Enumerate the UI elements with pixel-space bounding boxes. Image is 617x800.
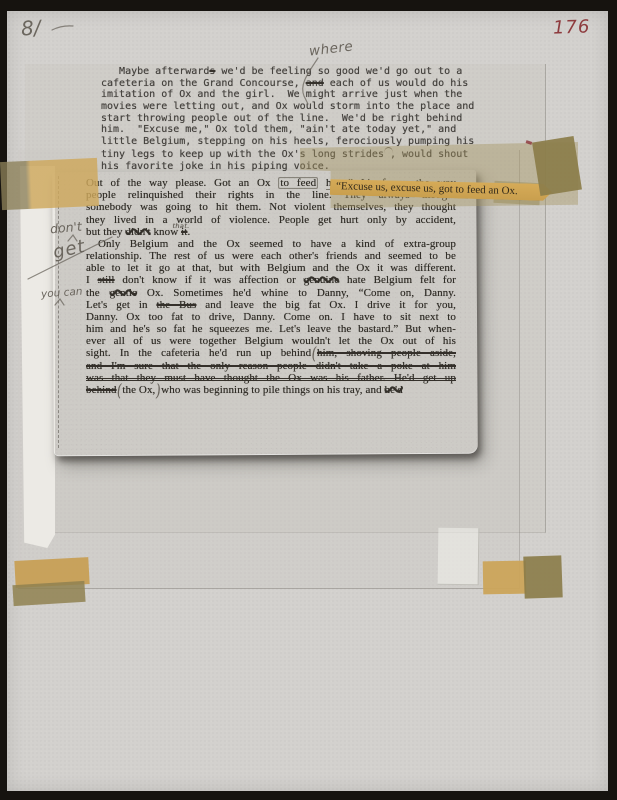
pencil-note-dont: don't — [49, 219, 82, 237]
tape-bottom-right-amber — [483, 561, 527, 595]
printed-line: able to let it go at that, but with Belg… — [86, 262, 456, 274]
printed-line: was that they must have thought the Ox w… — [86, 372, 456, 384]
printed-line: behind(the Ox,)who was beginning to pile… — [86, 384, 456, 396]
printed-line: I still don't know if it was affection o… — [86, 274, 456, 286]
printed-line: and I'm sure that the only reason people… — [86, 360, 456, 372]
printed-line: Let's get in the Bus and leave the big f… — [86, 299, 456, 311]
printed-line: the gentle Ox. Sometimes he'd whine to D… — [86, 287, 456, 299]
tape-bottom-right-olive — [523, 555, 562, 598]
printed-line: sight. In the cafeteria he'd run up behi… — [86, 347, 456, 359]
tape-olive-right — [532, 136, 582, 196]
typed-line: start throwing people out of the line. W… — [101, 113, 474, 125]
clipping-fold-line — [58, 176, 59, 448]
printed-line: Danny. Ox too fat to drive, Danny. Come … — [86, 311, 456, 323]
folio-mark: 8/ — [20, 15, 41, 40]
tape-top-left — [0, 158, 99, 210]
printed-line: him and he's so fat he squeezes me. Let'… — [86, 323, 456, 335]
typed-line: movies were letting out, and Ox would st… — [101, 101, 474, 113]
printed-line: relationship. The rest of us were each o… — [86, 250, 456, 262]
typed-line: cafeteria on the Grand Concourse, and ea… — [101, 78, 474, 90]
printed-text: Out of the way please. Got an Ox to feed… — [86, 177, 456, 396]
typed-line: Maybe afterwards we'd be feeling so good… — [101, 66, 474, 78]
typed-line: imitation of Ox and the girl. We might a… — [101, 89, 474, 101]
printed-line: Only Belgium and the Ox seemed to have a… — [86, 238, 456, 250]
glassine-corner-patch — [438, 528, 480, 586]
printed-line: they lived in a world of violence. Peopl… — [86, 214, 456, 226]
page-number: 176 — [553, 16, 591, 38]
printed-line: ever all of us were together Belgium wou… — [86, 335, 456, 347]
scanned-page: Maybe afterwards we'd be feeling so good… — [0, 0, 617, 800]
tape-bottom-left-olive — [12, 581, 85, 606]
printed-line: but they didn't know itthat.. — [86, 226, 456, 238]
typed-line: him. "Excuse me," Ox told them, "ain't a… — [101, 124, 474, 136]
